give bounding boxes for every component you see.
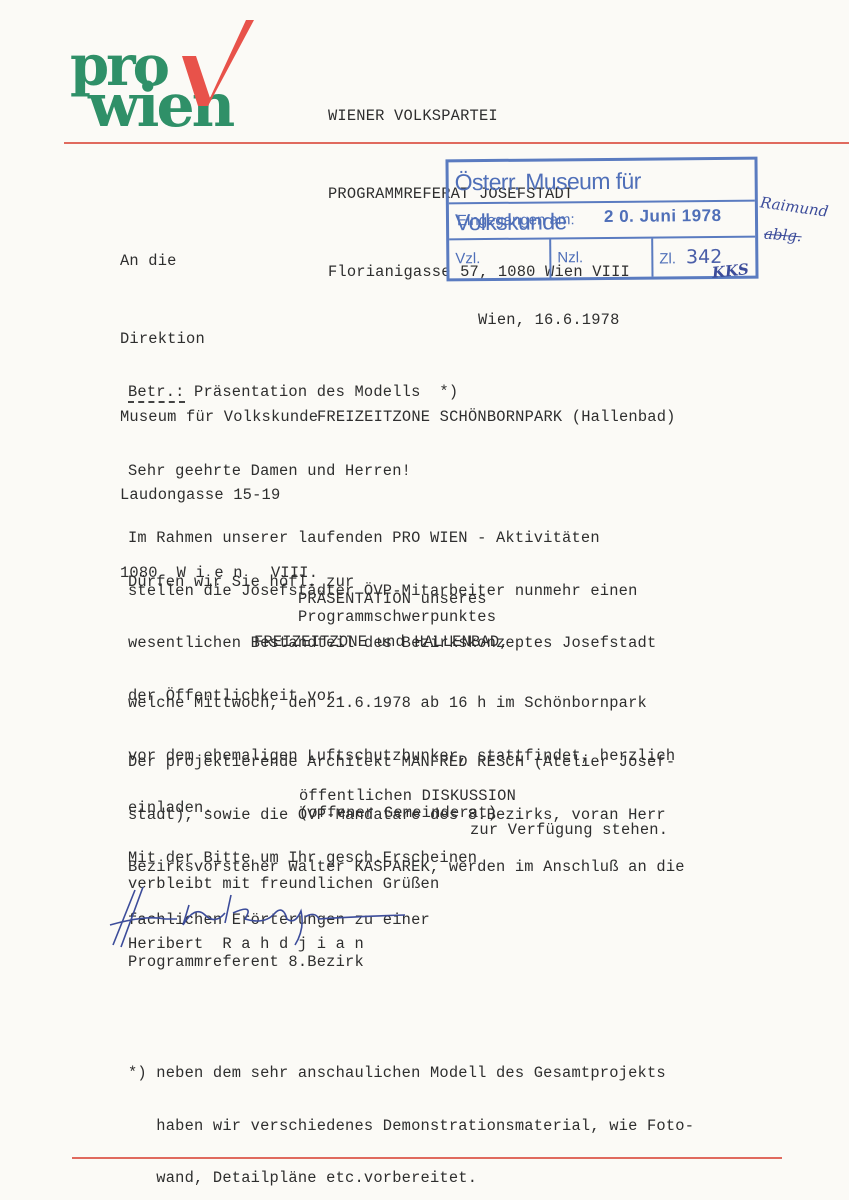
- subject-line-2: FREIZEITZONE SCHÖNBORNPARK (Hallenbad): [317, 404, 676, 430]
- received-stamp: Österr. Museum für Volkskunde Eingegange…: [445, 157, 758, 282]
- footnote-line: haben wir verschiedenes Demonstrationsma…: [128, 1118, 694, 1136]
- signature-name: Heribert R a h d j i a n: [128, 936, 364, 954]
- header-rule: [64, 142, 849, 144]
- stamp-zl-label: Zl.: [659, 250, 676, 267]
- subject-text: Präsentation des Modells *): [185, 383, 459, 401]
- footnote-line: wand, Detailpläne etc.vorbereitet.: [128, 1170, 694, 1188]
- invitation-line-3: Programmschwerpunktes: [298, 609, 496, 627]
- stamp-received-date: 2 0. Juni 1978: [604, 199, 722, 234]
- check-mark-icon: [70, 20, 260, 140]
- text-line: Im Rahmen unserer laufenden PRO WIEN - A…: [128, 530, 656, 548]
- stamp-received-label: Eingegangen am:: [457, 211, 575, 229]
- subject-label: Betr.:: [128, 383, 185, 403]
- discussion-line-1: öffentlichen DISKUSSION: [299, 788, 516, 806]
- text-line: Der projektierende Architekt MANFRED RES…: [128, 754, 685, 772]
- invitation-line-1: Dürfen wir Sie höfl. zur: [128, 574, 354, 592]
- letterhead-line-1: WIENER VOLKSPARTEI: [328, 103, 630, 129]
- stamp-number-row: Vzl. Nzl. Zl.342: [449, 238, 755, 279]
- recipient-line: An die: [120, 248, 318, 274]
- footnote: *) neben dem sehr anschaulichen Modell d…: [128, 1030, 694, 1200]
- initials: KKS: [711, 260, 750, 282]
- recipient-line: Museum für Volkskunde: [120, 404, 318, 430]
- closing-line-1: Mit der Bitte um Ihr gesch.Erscheinen: [128, 850, 477, 868]
- discussion-line-2: (offener Gemeinderat): [299, 805, 497, 823]
- recipient-line: Direktion: [120, 326, 318, 352]
- stamp-vzl: Vzl.: [449, 239, 551, 278]
- footer-rule: [72, 1157, 782, 1159]
- footnote-line: *) neben dem sehr anschaulichen Modell d…: [128, 1065, 694, 1083]
- stamp-title: Österr. Museum für Volkskunde: [448, 160, 754, 205]
- margin-note-2: ablg.: [763, 225, 802, 246]
- invitation-line-2: PRÄSENTATION unseres: [298, 591, 487, 609]
- text-line: welche Mittwoch, den 21.6.1978 ab 16 h i…: [128, 695, 675, 713]
- stamp-received-row: Eingegangen am: 2 0. Juni 1978: [449, 202, 755, 241]
- signature-title: Programmreferent 8.Bezirk: [128, 954, 364, 972]
- stamp-nzl: Nzl.: [551, 239, 653, 278]
- date-line: Wien, 16.6.1978: [478, 307, 620, 333]
- invitation-line-4: FREIZEITZONE und HALLENBAD,: [254, 634, 509, 652]
- salutation: Sehr geehrte Damen und Herren!: [128, 458, 411, 484]
- margin-note-1: Raimund: [759, 193, 829, 220]
- discussion-line-3: zur Verfügung stehen.: [470, 822, 668, 840]
- subject-line-1: Betr.: Präsentation des Modells *): [128, 379, 458, 405]
- pro-wien-logo: pro wien: [70, 20, 260, 140]
